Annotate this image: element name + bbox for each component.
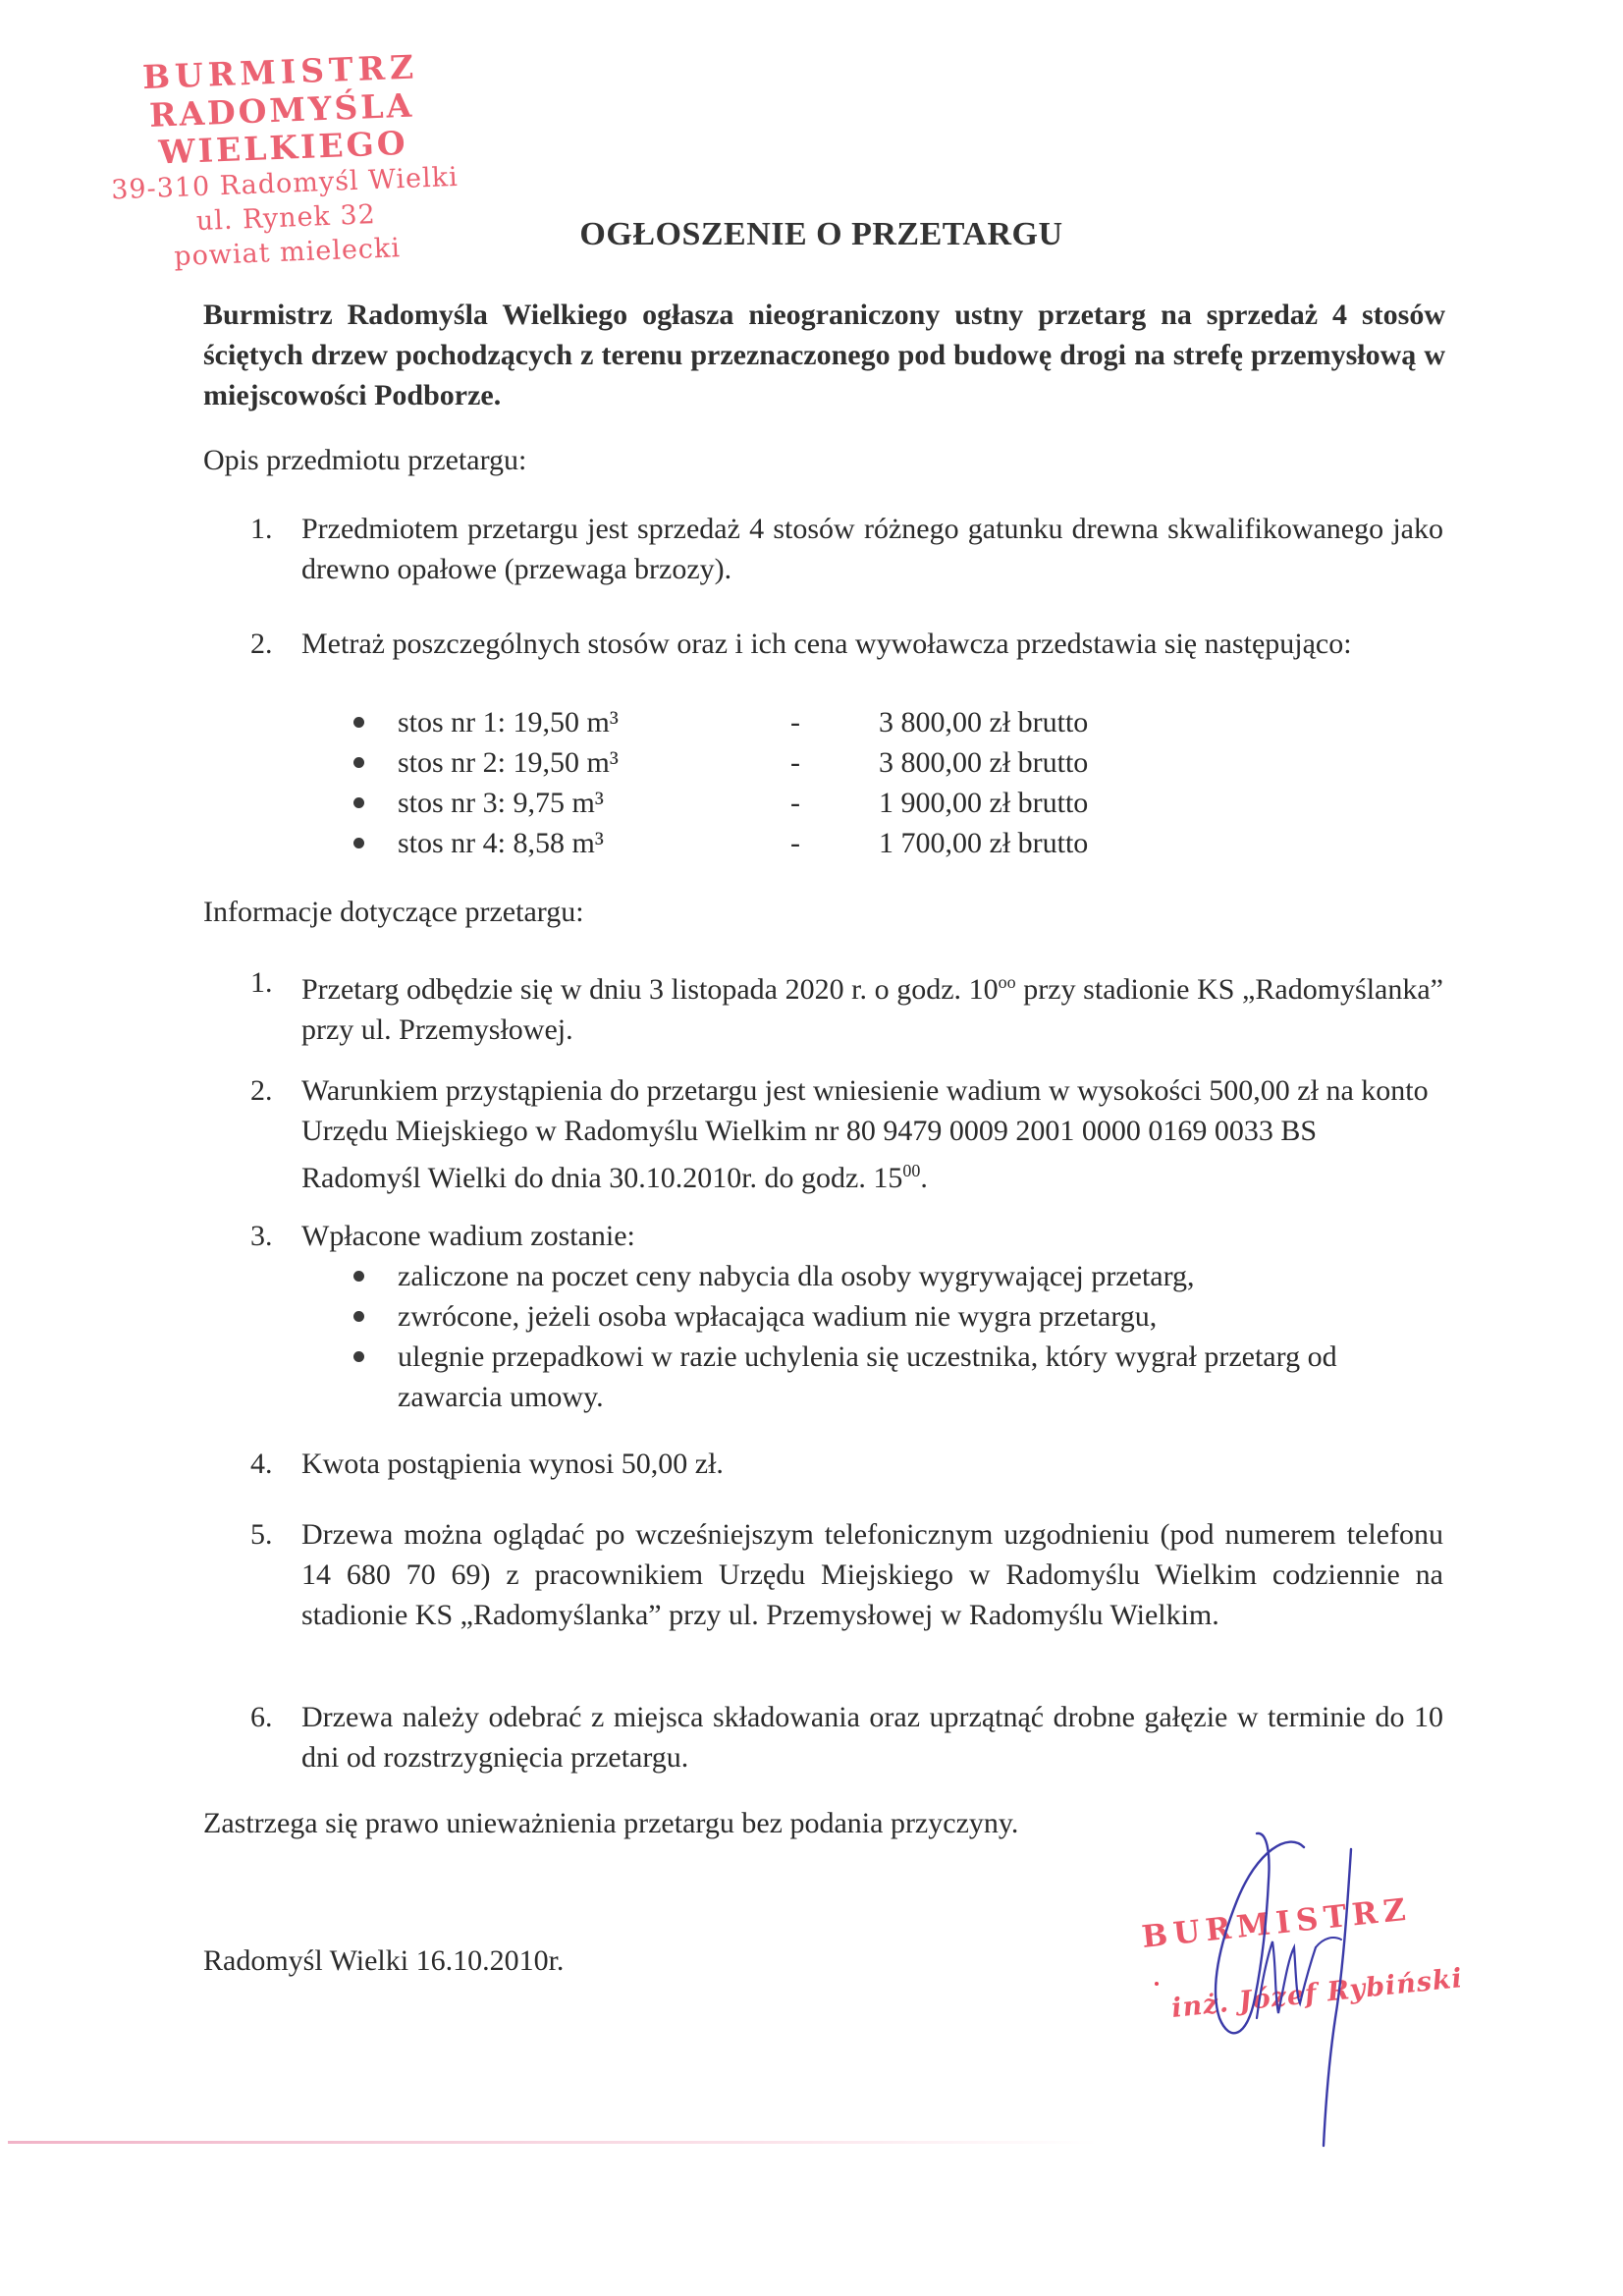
item-number: 5. [250,1514,301,1635]
bullet-icon [353,838,364,848]
stack-label: stos nr 4: 8,58 m³ [398,827,790,860]
item-text-main: Przetarg odbędzie się w dniu 3 listopada… [301,973,999,1006]
item-text: Przedmiotem przetargu jest sprzedaż 4 st… [301,509,1443,589]
deposit-outcome: zaliczone na poczet ceny nabycia dla oso… [349,1256,1443,1296]
stack-label: stos nr 2: 19,50 m³ [398,746,790,780]
stack-row: stos nr 1: 19,50 m³ - 3 800,00 zł brutto [349,702,1088,742]
stack-price: 3 800,00 zł brutto [879,746,1088,780]
scan-artifact-line [8,2141,1098,2144]
bullet-icon [353,1311,364,1322]
info-item-2: 2. Warunkiem przystąpienia do przetargu … [250,1070,1443,1198]
info-item-6: 6. Drzewa należy odebrać z miejsca skład… [250,1697,1443,1777]
info-item-1: 1. Przetarg odbędzie się w dniu 3 listop… [250,962,1443,1050]
item-number: 3. [250,1216,301,1256]
stack-price: 1 900,00 zł brutto [879,787,1088,820]
reservation-clause: Zastrzega się prawo unieważnienia przeta… [203,1803,1018,1843]
subject-item-2: 2. Metraż poszczególnych stosów oraz i i… [250,624,1443,664]
item-text-main: Warunkiem przystąpienia do przetargu jes… [301,1074,1429,1194]
item-number: 1. [250,962,301,1050]
subject-heading: Opis przedmiotu przetargu: [203,440,526,480]
stack-dash: - [790,787,879,820]
deposit-outcome: ulegnie przepadkowi w razie uchylenia si… [349,1337,1443,1417]
item-text: Warunkiem przystąpienia do przetargu jes… [301,1070,1443,1198]
item-text: Przetarg odbędzie się w dniu 3 listopada… [301,962,1443,1050]
item-text: Drzewa można oglądać po wcześniejszym te… [301,1514,1443,1635]
stack-dash: - [790,706,879,739]
item-number: 4. [250,1444,301,1484]
stack-row: stos nr 2: 19,50 m³ - 3 800,00 zł brutto [349,742,1088,783]
info-item-5: 5. Drzewa można oglądać po wcześniejszym… [250,1514,1443,1635]
item-text: Drzewa należy odebrać z miejsca składowa… [301,1697,1443,1777]
stack-price: 1 700,00 zł brutto [879,827,1088,860]
time-superscript: 00 [902,1161,920,1180]
handwritten-signature-icon [1198,1822,1414,2156]
info-heading: Informacje dotyczące przetargu: [203,892,584,932]
item-number: 6. [250,1697,301,1777]
stack-row: stos nr 3: 9,75 m³ - 1 900,00 zł brutto [349,783,1088,823]
item-text: Metraż poszczególnych stosów oraz i ich … [301,624,1443,664]
outcome-text: ulegnie przepadkowi w razie uchylenia si… [398,1337,1438,1417]
bullet-icon [353,717,364,728]
item-number: 2. [250,1070,301,1198]
stack-price: 3 800,00 zł brutto [879,706,1088,739]
subject-item-1: 1. Przedmiotem przetargu jest sprzedaż 4… [250,509,1443,589]
stack-row: stos nr 4: 8,58 m³ - 1 700,00 zł brutto [349,823,1088,863]
bullet-icon [353,1351,364,1362]
lead-paragraph: Burmistrz Radomyśla Wielkiego ogłasza ni… [203,295,1445,415]
bullet-icon [353,1271,364,1282]
outcome-text: zaliczone na poczet ceny nabycia dla oso… [398,1256,1443,1296]
deposit-outcome: zwrócone, jeżeli osoba wpłacająca wadium… [349,1296,1443,1337]
stack-dash: - [790,827,879,860]
time-superscript: oo [999,972,1016,992]
stamp-dot [1155,1982,1159,1986]
bullet-icon [353,757,364,768]
place-and-date: Radomyśl Wielki 16.10.2010r. [203,1944,564,1978]
item-text: Wpłacone wadium zostanie: [301,1216,1443,1256]
info-item-3: 3. Wpłacone wadium zostanie: [250,1216,1443,1256]
item-text: Kwota postąpienia wynosi 50,00 zł. [301,1444,1443,1484]
stack-label: stos nr 1: 19,50 m³ [398,706,790,739]
item-text-rest: . [920,1162,928,1194]
outcome-text: zwrócone, jeżeli osoba wpłacająca wadium… [398,1296,1443,1337]
deposit-outcomes-list: zaliczone na poczet ceny nabycia dla oso… [349,1256,1443,1417]
document-title: OGŁOSZENIE O PRZETARGU [0,216,1623,253]
item-number: 2. [250,624,301,664]
stacks-list: stos nr 1: 19,50 m³ - 3 800,00 zł brutto… [349,702,1088,863]
bullet-icon [353,797,364,808]
info-item-4: 4. Kwota postąpienia wynosi 50,00 zł. [250,1444,1443,1484]
item-number: 1. [250,509,301,589]
stack-label: stos nr 3: 9,75 m³ [398,787,790,820]
stack-dash: - [790,746,879,780]
